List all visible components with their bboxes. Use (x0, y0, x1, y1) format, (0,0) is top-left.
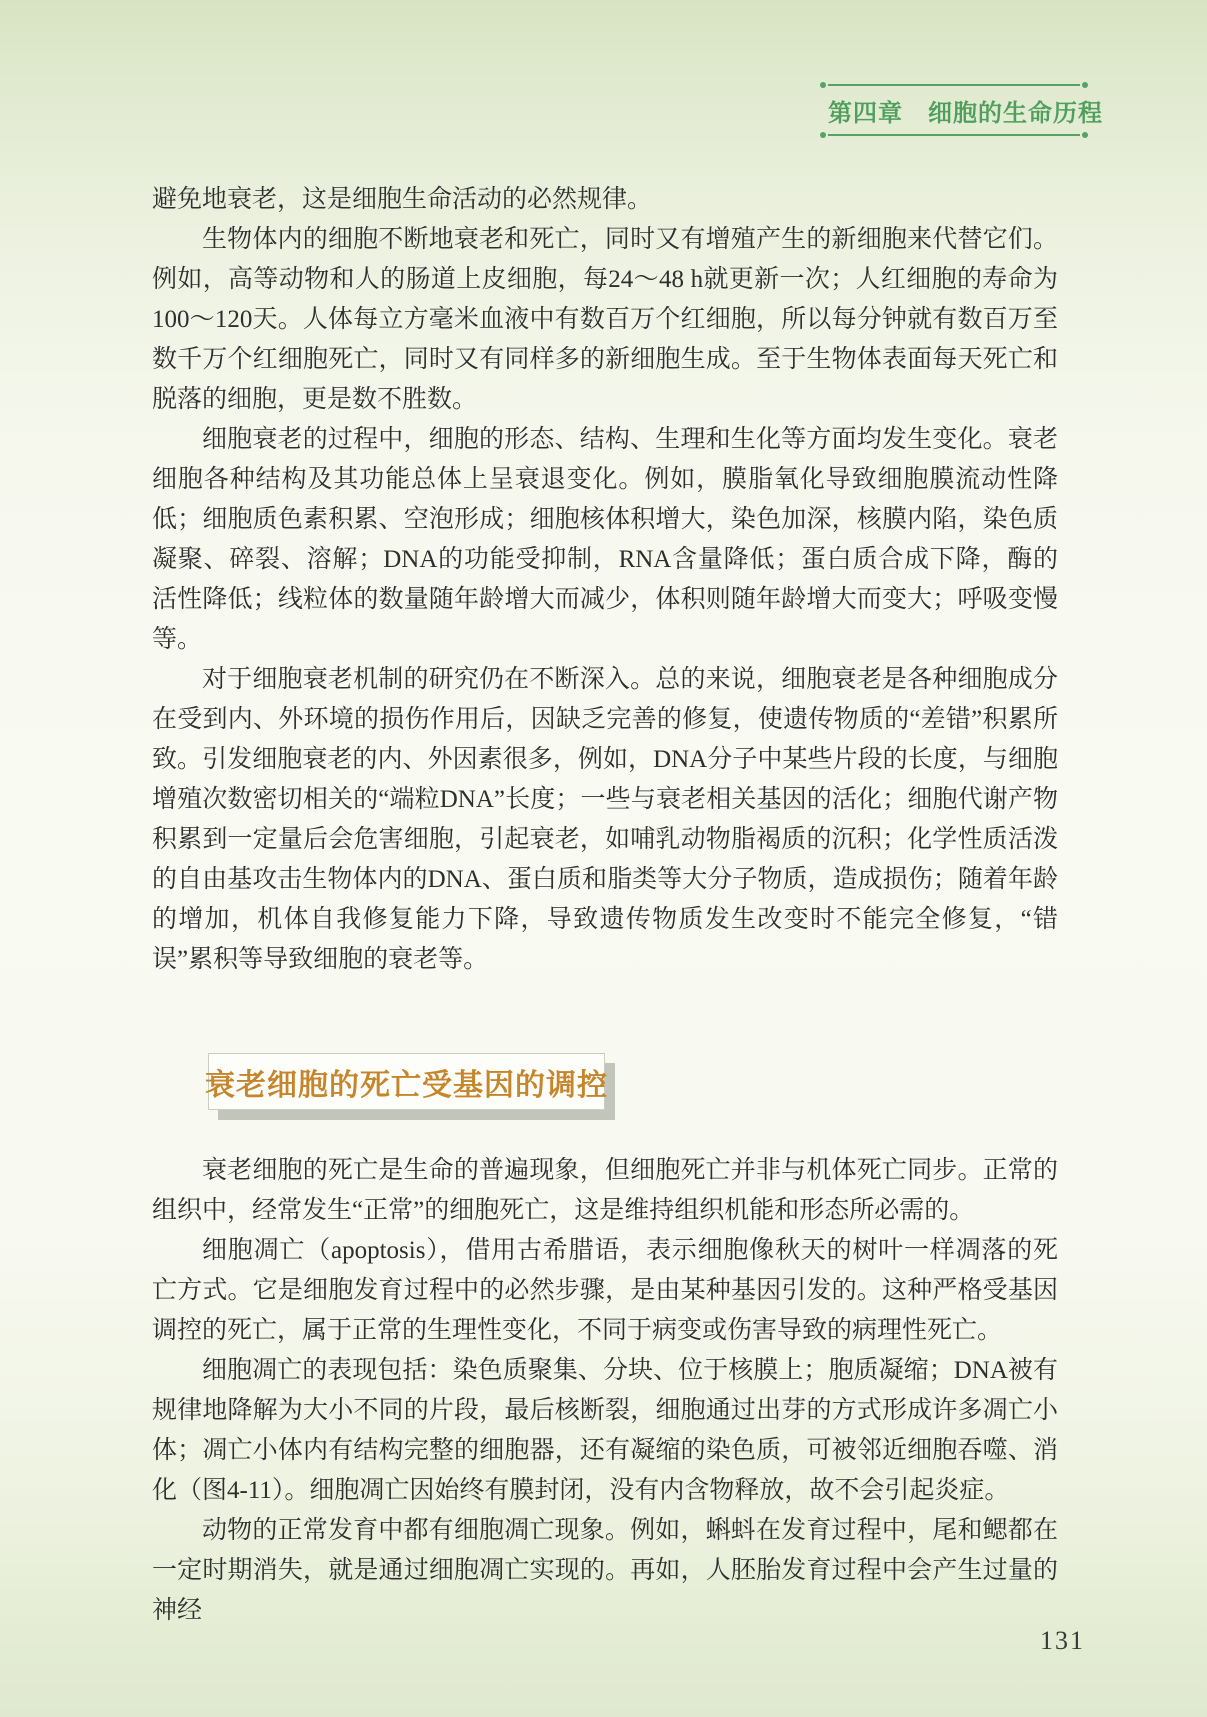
chapter-title: 第四章 细胞的生命历程 (828, 93, 1080, 128)
header-rule-top (828, 84, 1080, 86)
paragraph: 对于细胞衰老机制的研究仍在不断深入。总的来说，细胞衰老是各种细胞成分在受到内、外… (152, 660, 1058, 980)
paragraph: 细胞凋亡的表现包括：染色质聚集、分块、位于核膜上；胞质凝缩；DNA被有规律地降解… (152, 1351, 1058, 1511)
rule-end-dot (820, 82, 826, 88)
textbook-page: 第四章 细胞的生命历程 避免地衰老，这是细胞生命活动的必然规律。 生物体内的细胞… (0, 0, 1207, 1717)
body-text-bottom: 衰老细胞的死亡是生命的普遍现象，但细胞死亡并非与机体死亡同步。正常的组织中，经常… (152, 1151, 1058, 1631)
paragraph: 衰老细胞的死亡是生命的普遍现象，但细胞死亡并非与机体死亡同步。正常的组织中，经常… (152, 1151, 1058, 1231)
header-rule-bottom (828, 134, 1080, 136)
paragraph: 动物的正常发育中都有细胞凋亡现象。例如，蝌蚪在发育过程中，尾和鳃都在一定时期消失… (152, 1511, 1058, 1631)
section-heading-box: 衰老细胞的死亡受基因的调控 (208, 1053, 605, 1110)
paragraph: 生物体内的细胞不断地衰老和死亡，同时又有增殖产生的新细胞来代替它们。例如，高等动… (152, 220, 1058, 420)
rule-end-dot (1082, 132, 1088, 138)
paragraph: 细胞衰老的过程中，细胞的形态、结构、生理和生化等方面均发生变化。衰老细胞各种结构… (152, 420, 1058, 660)
chapter-header: 第四章 细胞的生命历程 (828, 84, 1080, 136)
rule-end-dot (820, 132, 826, 138)
section-heading: 衰老细胞的死亡受基因的调控 (205, 1060, 608, 1104)
paragraph: 细胞凋亡（apoptosis），借用古希腊语，表示细胞像秋天的树叶一样凋落的死亡… (152, 1231, 1058, 1351)
body-text-top: 避免地衰老，这是细胞生命活动的必然规律。 生物体内的细胞不断地衰老和死亡，同时又… (152, 180, 1058, 980)
paragraph: 避免地衰老，这是细胞生命活动的必然规律。 (152, 180, 1058, 220)
rule-end-dot (1082, 82, 1088, 88)
page-number: 131 (1040, 1626, 1085, 1656)
